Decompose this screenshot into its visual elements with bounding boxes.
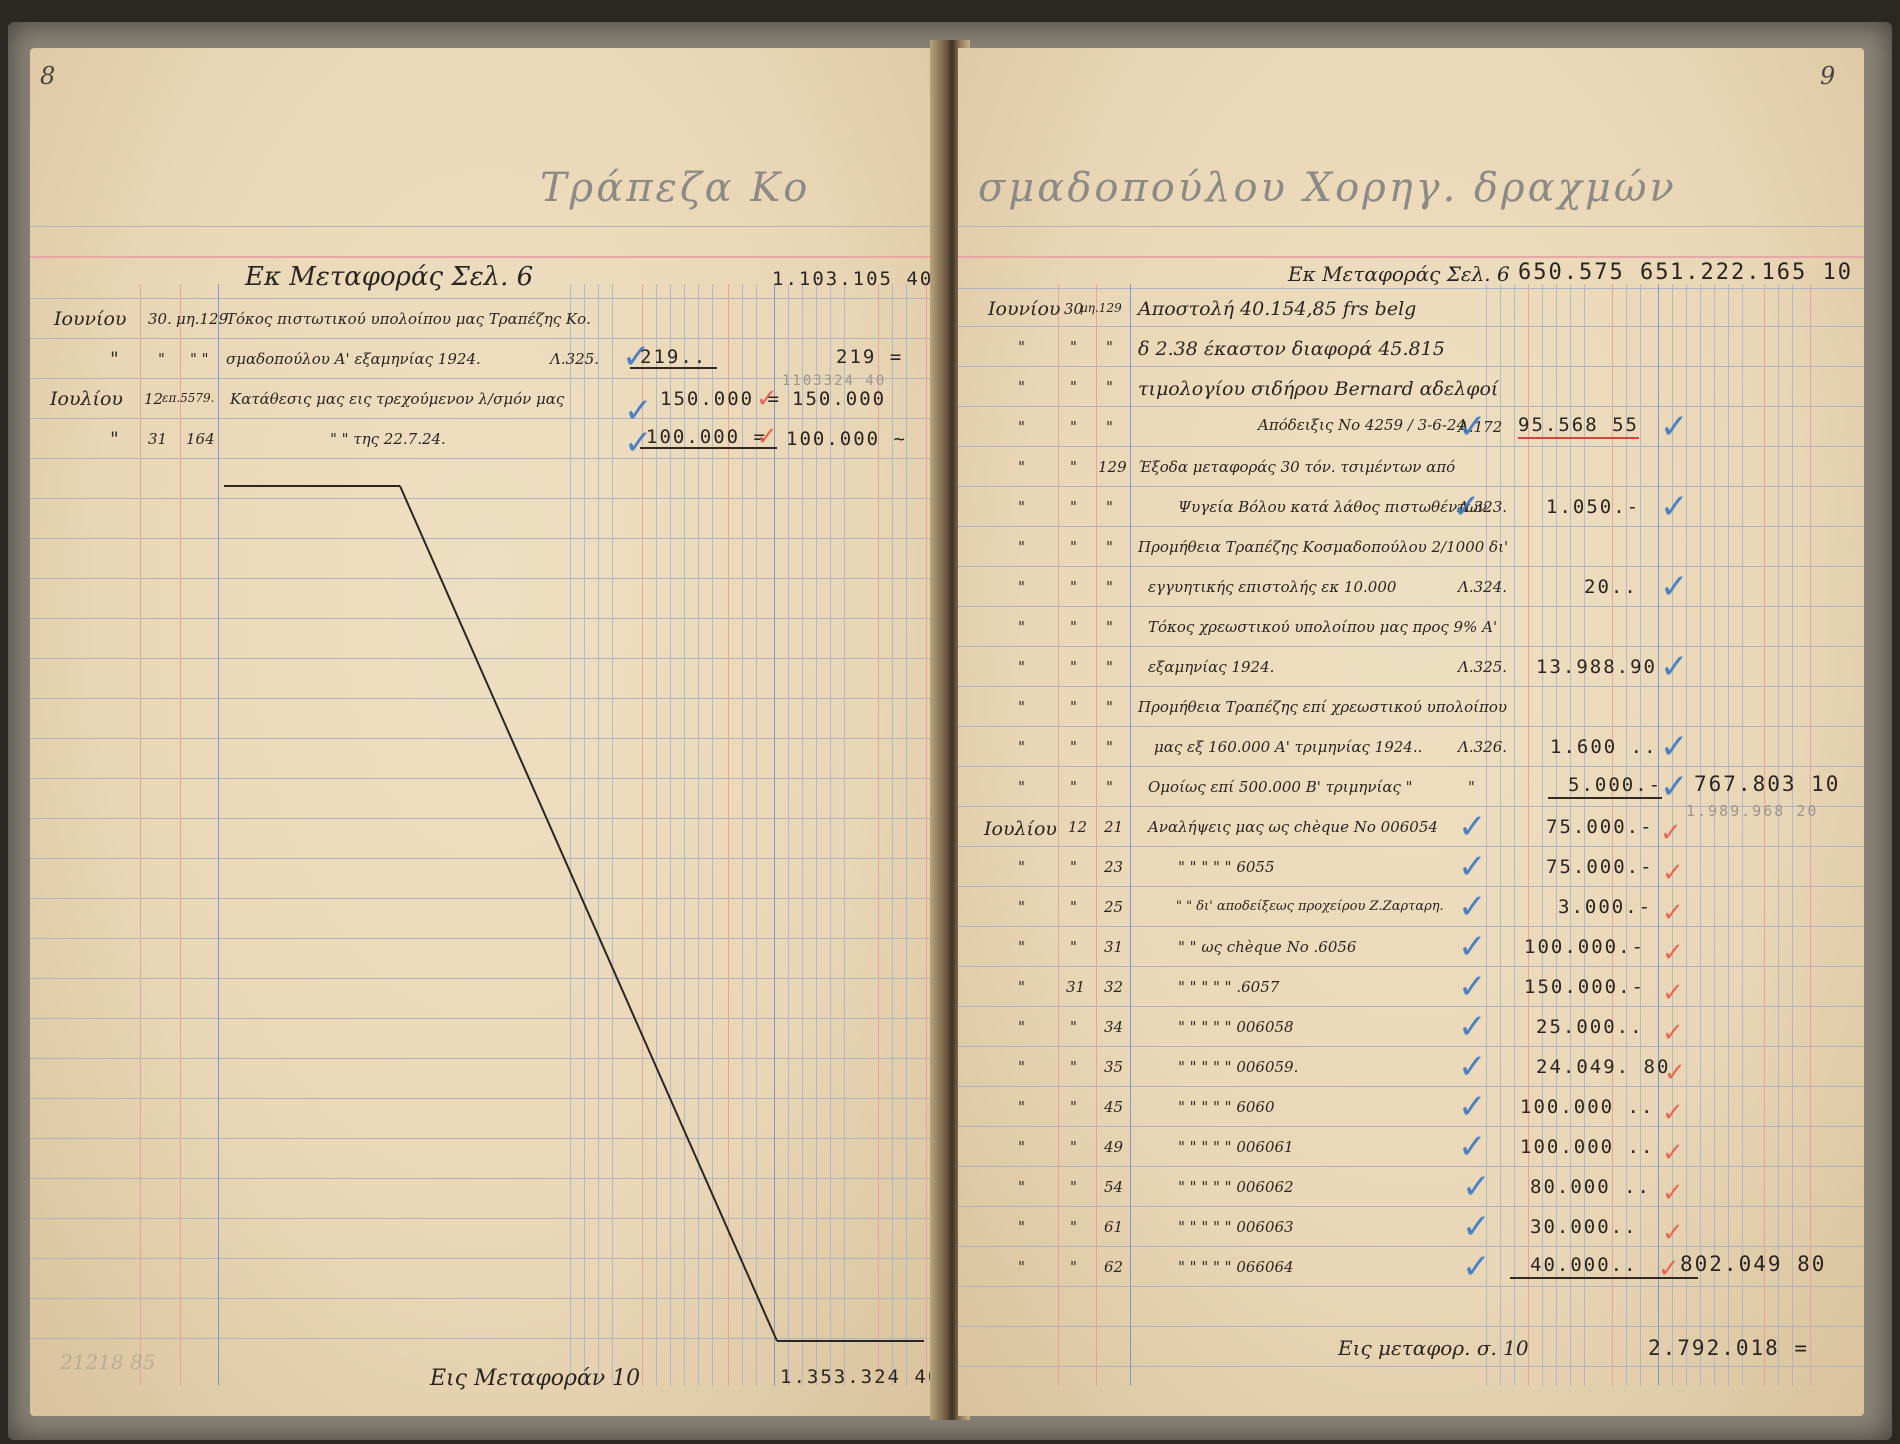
red-check-icon: ✓ (1662, 900, 1684, 926)
row-ref: μη.129 (1080, 302, 1122, 314)
row-month: " (1018, 1220, 1025, 1235)
row-day: " (1070, 1100, 1077, 1115)
row-month: " (1018, 380, 1025, 395)
blue-check-icon: ✓ (1452, 490, 1481, 524)
blue-check-icon: ✓ (1462, 1170, 1491, 1204)
blue-check-icon: ✓ (1458, 850, 1487, 884)
row-month: " (1018, 500, 1025, 515)
row-folio: Λ.324. (1458, 580, 1507, 595)
row-ref: " (1106, 540, 1113, 555)
row-month: " (1018, 620, 1025, 635)
row-amount: 100.000 .. (1520, 1098, 1654, 1117)
row-amount: 3.000.- (1558, 898, 1652, 917)
row-amount: 13.988.90 (1536, 658, 1657, 677)
row-description: μας εξ 160.000 Α' τριμηνίας 1924.. (1154, 740, 1422, 755)
row-ref: " (1106, 620, 1113, 635)
row-month: " (1018, 1140, 1025, 1155)
row-total: 767.803 10 (1694, 774, 1840, 795)
left-page: 8 Τράπεζα Κο Εκ Μετ (30, 48, 942, 1416)
row-description: Ομοίως επί 500.000 Β' τριμηνίας " (1148, 780, 1413, 795)
row-ref: 25 (1104, 900, 1123, 915)
row-amount: 5.000.- (1548, 776, 1662, 799)
row-ref: 21 (1104, 820, 1123, 835)
row-ref: 23 (1104, 860, 1123, 875)
row-ref: " (1106, 780, 1113, 795)
row-month: " (1018, 420, 1025, 435)
row-ref: 35 (1104, 1060, 1123, 1075)
row-folio: Λ.326. (1458, 740, 1507, 755)
row-month: " (1018, 340, 1025, 355)
row-ref: " (1106, 500, 1113, 515)
row-day: " (1070, 380, 1077, 395)
row-ref: 32 (1104, 980, 1123, 995)
red-check-icon: ✓ (1662, 1140, 1684, 1166)
row-day: " (1070, 540, 1077, 555)
row-amount: 75.000.- (1546, 818, 1654, 837)
red-check-icon: ✓ (1662, 980, 1684, 1006)
row-folio: " (1468, 780, 1475, 795)
row-description: " " " " " 066064 (1178, 1260, 1294, 1275)
row-day: " (1070, 700, 1077, 715)
row-amount: 150.000.- (1524, 978, 1645, 997)
red-check-icon: ✓ (1662, 1020, 1684, 1046)
row-ref: " (1106, 420, 1113, 435)
row-description: " " " " " 006063 (1178, 1220, 1294, 1235)
row-description: Προμήθεια Τραπέζης Κοσμαδοπούλου 2/1000 … (1138, 540, 1508, 555)
row-day: " (1070, 500, 1077, 515)
row-description: " " " " " 006058 (1178, 1020, 1294, 1035)
red-check-icon: ✓ (1662, 860, 1684, 886)
carry-forward-label-right: Εκ Μεταφοράς Σελ. 6 (1288, 264, 1510, 284)
row-description: δ 2.38 έκαστον διαφορά 45.815 (1138, 340, 1445, 359)
row-month: " (1018, 460, 1025, 475)
blue-check-icon: ✓ (1660, 650, 1689, 684)
row-month: " (1018, 1180, 1025, 1195)
row-ref: " (1106, 660, 1113, 675)
row-ref: " (1106, 740, 1113, 755)
row-description: Αναλήψεις μας ως chèque Νο 006054 (1148, 820, 1438, 835)
footer-amount-right: 2.792.018 = (1648, 1338, 1809, 1359)
row-month: " (1018, 1060, 1025, 1075)
row-day: " (1070, 900, 1077, 915)
blue-check-icon: ✓ (1458, 930, 1487, 964)
row-ref: 129 (1098, 460, 1127, 475)
row-day: " (1070, 460, 1077, 475)
row-day: 31 (1066, 980, 1085, 995)
row-ref: 45 (1104, 1100, 1123, 1115)
row-day: " (1070, 780, 1077, 795)
row-ref: 54 (1104, 1180, 1123, 1195)
row-ref: 61 (1104, 1220, 1123, 1235)
row-amount: 100.000 .. (1520, 1138, 1654, 1157)
row-amount: 24.049. 80 (1536, 1058, 1670, 1077)
row-day: " (1070, 660, 1077, 675)
blue-check-icon: ✓ (1458, 890, 1487, 924)
row-day: " (1070, 1060, 1077, 1075)
blue-check-icon: ✓ (1462, 1250, 1491, 1284)
row-month: " (1018, 780, 1025, 795)
blue-check-icon: ✓ (1660, 770, 1689, 804)
footer-amount-left: 1.353.324 40 (780, 1368, 941, 1387)
row-amount: 75.000.- (1546, 858, 1654, 877)
row-description: " " " " " 6055 (1178, 860, 1275, 875)
pencil-subtotal-right: 1.989.968 20 (1686, 804, 1818, 819)
row-ref: 31 (1104, 940, 1123, 955)
row-month: " (1018, 900, 1025, 915)
row-description: τιμολογίου σιδήρου Bernard αδελφοί (1138, 380, 1498, 399)
right-page: 9 σμαδοπούλου Χορηγ. δραχμών (958, 48, 1864, 1416)
row-amount: 25.000.. (1536, 1018, 1644, 1037)
row-day: " (1070, 860, 1077, 875)
row-description: Απόδειξις Νο 4259 / 3-6-24 (1258, 418, 1466, 433)
row-day: 12 (1068, 820, 1087, 835)
blue-check-icon: ✓ (1458, 970, 1487, 1004)
red-check-icon: ✓ (1662, 1220, 1684, 1246)
row-amount: 80.000 .. (1530, 1178, 1651, 1197)
row-ref: " (1106, 380, 1113, 395)
row-folio: Λ.325. (1458, 660, 1507, 675)
red-check-icon: ✓ (1660, 820, 1682, 846)
row-description: Έξοδα μεταφοράς 30 τόν. τσιμέντων από (1138, 460, 1455, 475)
row-description: " " ως chèque Νο .6056 (1178, 940, 1356, 955)
blue-check-icon: ✓ (1462, 1210, 1491, 1244)
row-description: Τόκος χρεωστικού υπολοίπου μας προς 9% Α… (1148, 620, 1497, 635)
blue-check-icon: ✓ (1660, 570, 1689, 604)
row-month: " (1018, 580, 1025, 595)
row-month: " (1018, 540, 1025, 555)
cancellation-line (30, 48, 942, 1416)
row-ref: 34 (1104, 1020, 1123, 1035)
row-month: " (1018, 860, 1025, 875)
row-amount: 95.568 55 (1518, 416, 1639, 439)
row-total: 802.049 80 (1680, 1254, 1826, 1275)
footer-label-left: Εις Μεταφοράν 10 (430, 1368, 640, 1390)
row-day: " (1070, 740, 1077, 755)
row-month: Ιουλίου (984, 820, 1057, 839)
row-amount: 1.050.- (1546, 498, 1640, 517)
row-day: " (1070, 340, 1077, 355)
row-description: εξαμηνίας 1924. (1148, 660, 1274, 675)
row-day: " (1070, 420, 1077, 435)
blue-check-icon: ✓ (1458, 1130, 1487, 1164)
row-day: " (1070, 1260, 1077, 1275)
row-description: " " " " " .6057 (1178, 980, 1279, 995)
pencil-title-right: σμαδοπούλου Χορηγ. δραχμών (978, 168, 1677, 208)
row-description: εγγυητικής επιστολής εκ 10.000 (1148, 580, 1396, 595)
row-month: " (1018, 940, 1025, 955)
row-ref: " (1106, 700, 1113, 715)
row-description: Αποστολή 40.154,85 frs belg (1138, 300, 1416, 319)
red-check-icon: ✓ (1662, 1180, 1684, 1206)
row-description: " " " " " 6060 (1178, 1100, 1275, 1115)
row-month: " (1018, 700, 1025, 715)
red-check-icon: ✓ (1664, 1060, 1686, 1086)
row-month: " (1018, 1020, 1025, 1035)
row-month: " (1018, 1260, 1025, 1275)
row-day: " (1070, 940, 1077, 955)
blue-check-icon: ✓ (1660, 410, 1689, 444)
row-amount: 20.. (1584, 578, 1638, 597)
row-description: " " " " " 006059. (1178, 1060, 1298, 1075)
page-number-right: 9 (1820, 62, 1835, 90)
row-ref: " (1106, 580, 1113, 595)
row-ref: 49 (1104, 1140, 1123, 1155)
row-amount: 1.600 .. (1550, 738, 1658, 757)
carry-forward-col2-right: 1.222.165 10 (1670, 262, 1853, 284)
blue-check-icon: ✓ (1458, 1050, 1487, 1084)
row-month: Ιουνίου (988, 300, 1060, 319)
row-ref: 62 (1104, 1260, 1123, 1275)
blue-check-icon: ✓ (1458, 1010, 1487, 1044)
row-day: " (1070, 1220, 1077, 1235)
red-check-icon: ✓ (1662, 1100, 1684, 1126)
blue-check-icon: ✓ (1458, 1090, 1487, 1124)
row-ref: " (1106, 340, 1113, 355)
row-description: Προμήθεια Τραπέζης επί χρεωστικού υπολοί… (1138, 700, 1507, 715)
blue-check-icon: ✓ (1458, 410, 1487, 444)
blue-check-icon: ✓ (1660, 730, 1689, 764)
footer-label-right: Εις μεταφορ. σ. 10 (1338, 1338, 1529, 1358)
red-check-icon: ✓ (1662, 940, 1684, 966)
row-day: " (1070, 580, 1077, 595)
row-day: " (1070, 1180, 1077, 1195)
row-day: " (1070, 620, 1077, 635)
row-day: " (1070, 1140, 1077, 1155)
row-month: " (1018, 740, 1025, 755)
bleed-through-text: 21218 85 (60, 1352, 155, 1372)
row-description: " " δι' αποδείξεως προχείρου Ζ.Ζαρταρη. (1176, 900, 1444, 913)
row-month: " (1018, 980, 1025, 995)
red-check-icon: ✓ (1658, 1256, 1680, 1282)
row-description: " " " " " 006062 (1178, 1180, 1294, 1195)
row-month: " (1018, 660, 1025, 675)
row-description: " " " " " 006061 (1178, 1140, 1294, 1155)
row-description: Ψυγεία Βόλου κατά λάθος πιστωθέντων. (1178, 500, 1492, 515)
row-amount: 30.000.. (1530, 1218, 1638, 1237)
row-day: " (1070, 1020, 1077, 1035)
row-amount: 100.000.- (1524, 938, 1645, 957)
carry-forward-col1-right: 650.575 65 (1518, 262, 1670, 284)
blue-check-icon: ✓ (1660, 490, 1689, 524)
blue-check-icon: ✓ (1458, 810, 1487, 844)
row-month: " (1018, 1100, 1025, 1115)
